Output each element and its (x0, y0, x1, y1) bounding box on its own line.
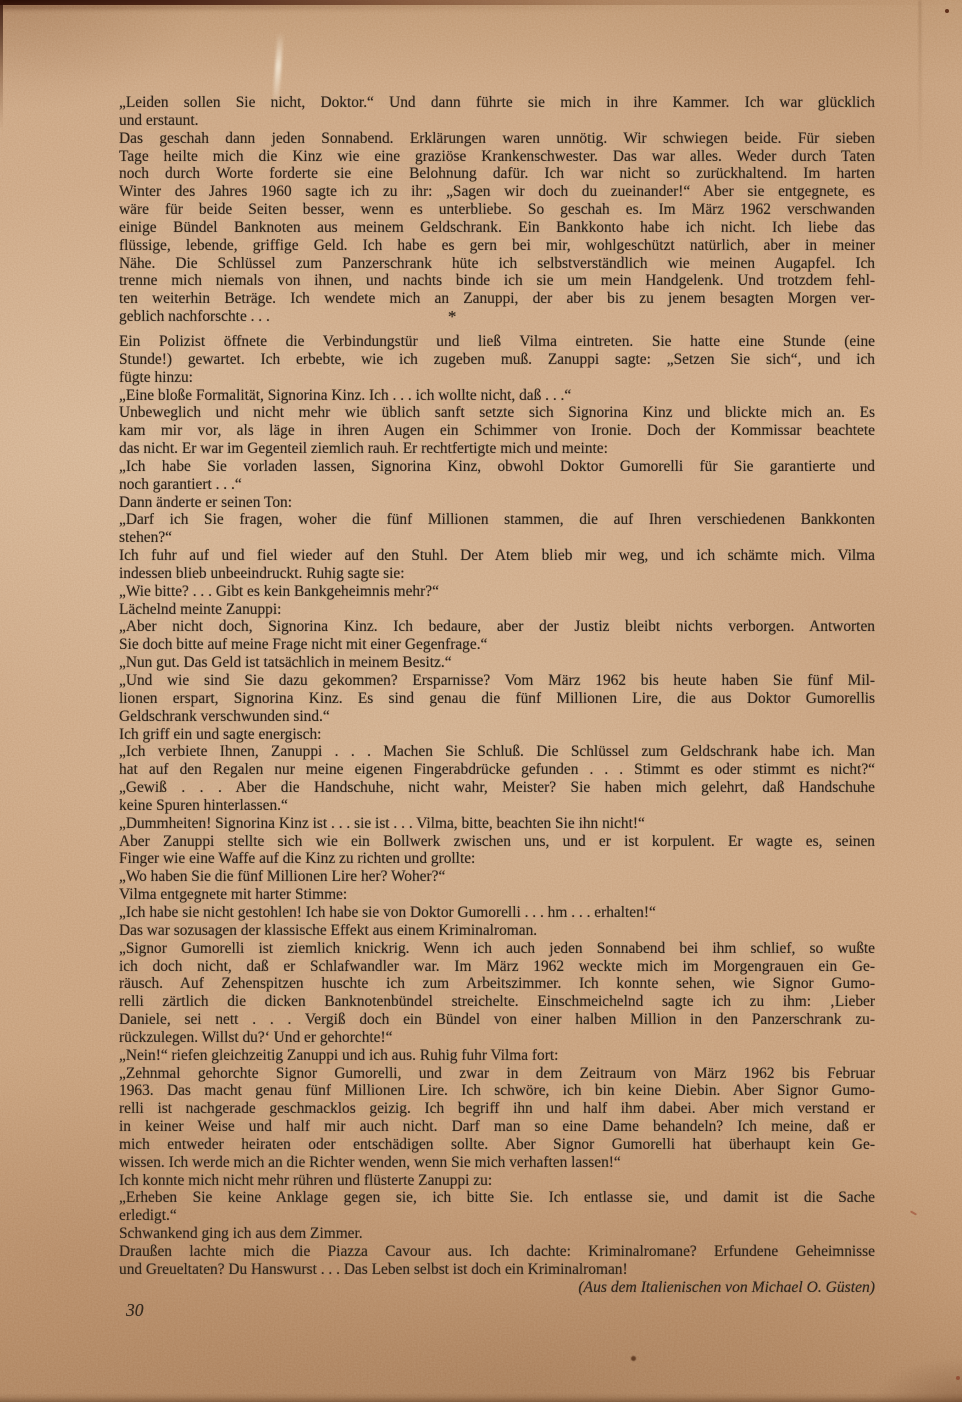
text-line: Das war sozusagen der klassische Effekt … (119, 922, 875, 940)
text-line: „Ich habe sie nicht gestohlen! Ich habe … (119, 904, 875, 922)
text-line: Ich fuhr auf und fiel wieder auf den Stu… (119, 547, 875, 565)
text-line: indessen blieb unbeeindruckt. Ruhig sagt… (119, 565, 875, 583)
text-line: erledigt.“ (119, 1207, 875, 1225)
text-line: Lächelnd meinte Zanuppi: (119, 601, 875, 619)
text-line: Das geschah dann jeden Sonnabend. Erklär… (119, 130, 875, 148)
paper-speck (945, 9, 949, 13)
text-line: „Ich verbiete Ihnen, Zanuppi . . . Mache… (119, 743, 875, 761)
scan-edge-bottom (0, 1393, 962, 1402)
text-line: Finger wie eine Waffe auf die Kinz zu ri… (119, 850, 875, 868)
text-line: relli ist nachgerade geschmacklos geizig… (119, 1100, 875, 1118)
text-line: Nähe. Die Schlüssel zum Panzerschrank hü… (119, 255, 875, 273)
text-line: „Ich habe Sie vorladen lassen, Signorina… (119, 458, 875, 476)
text-line: Daniele, sei nett . . . Vergiß doch ein … (119, 1011, 875, 1029)
text-line: „Aber nicht doch, Signorina Kinz. Ich be… (119, 618, 875, 636)
text-line: „Signor Gumorelli ist ziemlich knickrig.… (119, 940, 875, 958)
text-line: rückzulegen. Willst du?‘ Und er gehorcht… (119, 1029, 875, 1047)
scan-edge-top-shadow (0, 4, 673, 9)
text-line: mich entweder heiraten oder entschädigen… (119, 1136, 875, 1154)
text-line: Aber Zanuppi stellte sich wie ein Bollwe… (119, 833, 875, 851)
text-line: Winter des Jahres 1960 sagte ich zu ihr:… (119, 183, 875, 201)
text-line: geblich nachforschte . . .* (119, 308, 875, 326)
text-line: „Leiden sollen Sie nicht, Doktor.“ Und d… (119, 94, 875, 112)
book-page: „Leiden sollen Sie nicht, Doktor.“ Und d… (0, 0, 962, 1402)
text-line: „Wo haben Sie die fünf Millionen Lire he… (119, 868, 875, 886)
text-line: kam mir vor, als läge in ihren Augen ein… (119, 422, 875, 440)
text-line: in keiner Weise und half mir auch nicht.… (119, 1118, 875, 1136)
text-line: „Dummheiten! Signorina Kinz ist . . . si… (119, 815, 875, 833)
scan-edge-left (0, 0, 3, 130)
paper-speck (631, 1356, 636, 1361)
text-line: Draußen lachte mich die Piazza Cavour au… (119, 1243, 875, 1261)
text-line: „Und wie sind Sie dazu gekommen? Ersparn… (119, 672, 875, 690)
text-line: ten weiterhin Beträge. Ich wendete mich … (119, 290, 875, 308)
scan-corner-shadow (842, 1342, 962, 1402)
text-line: Vilma entgegnete mit harter Stimme: (119, 886, 875, 904)
text-line: flüssige, lebende, griffige Geld. Ich ha… (119, 237, 875, 255)
text-line: Dann änderte er seinen Ton: (119, 494, 875, 512)
paper-crease (919, 0, 921, 180)
page-number: 30 (126, 1300, 144, 1321)
section-separator-asterisk: * (448, 308, 457, 326)
text-line: „Nein!“ riefen gleichzeitig Zanuppi und … (119, 1047, 875, 1065)
text-line: Ein Polizist öffnete die Verbindungstür … (119, 333, 875, 351)
text-line: keine Spuren hinterlassen.“ (119, 797, 875, 815)
text-line: „Erheben Sie keine Anklage gegen sie, ic… (119, 1189, 875, 1207)
text-line: Sie doch bitte auf meine Frage nicht mit… (119, 636, 875, 654)
text-line: „Eine bloße Formalität, Signorina Kinz. … (119, 387, 875, 405)
text-line: 1963. Das macht genau fünf Millionen Lir… (119, 1082, 875, 1100)
text-line: wäre für beide Seiten besser, wenn es un… (119, 201, 875, 219)
text-line: Stunde!) gewartet. Ich erbebte, wie ich … (119, 351, 875, 369)
text-line: hat auf den Regalen nur meine eigenen Fi… (119, 761, 875, 779)
text-line: noch durch Worte forderte sie eine Beloh… (119, 165, 875, 183)
paper-speck (956, 1376, 960, 1380)
text-line: „Nun gut. Das Geld ist tatsächlich in me… (119, 654, 875, 672)
body-text-lines: „Leiden sollen Sie nicht, Doktor.“ Und d… (119, 94, 875, 1279)
text-line: ich doch nicht, daß er Schlafwandler war… (119, 958, 875, 976)
text-line: relli zärtlich die dicken Banknotenbünde… (119, 993, 875, 1011)
text-line: Unbeweglich und nicht mehr wie üblich sa… (119, 404, 875, 422)
text-line: trenne mich niemals von ihnen, und nacht… (119, 272, 875, 290)
text-line: fügte hinzu: (119, 369, 875, 387)
text-line: noch garantiert . . .“ (119, 476, 875, 494)
text-line: Ich konnte mich nicht mehr rühren und fl… (119, 1172, 875, 1190)
text-line: „Wie bitte? . . . Gibt es kein Bankgehei… (119, 583, 875, 601)
text-line: lionen erspart, Signorina Kinz. Es sind … (119, 690, 875, 708)
translator-attribution: (Aus dem Italienischen von Michael O. Gü… (119, 1279, 875, 1297)
text-line: „Gewiß . . . Aber die Handschuhe, nicht … (119, 779, 875, 797)
text-line: einige Bündel Banknoten aus meinem Gelds… (119, 219, 875, 237)
body-text: „Leiden sollen Sie nicht, Doktor.“ Und d… (119, 94, 875, 1297)
text-line: „Darf ich Sie fragen, woher die fünf Mil… (119, 511, 875, 529)
text-line: Ich griff ein und sagte energisch: (119, 726, 875, 744)
text-line: „Zehnmal gehorchte Signor Gumorelli, und… (119, 1065, 875, 1083)
text-line: Tage heilte mich die Kinz wie eine grazi… (119, 148, 875, 166)
paper-speck (910, 1210, 917, 1215)
text-line: Schwankend ging ich aus dem Zimmer. (119, 1225, 875, 1243)
text-line: das nicht. Er war im Gegenteil ziemlich … (119, 440, 875, 458)
text-line: wissen. Ich werde mich an die Richter we… (119, 1154, 875, 1172)
text-line: und Greueltaten? Du Hanswurst . . . Das … (119, 1261, 875, 1279)
text-line: und erstaunt. (119, 112, 875, 130)
text-line: Geldschrank verschwunden sind.“ (119, 708, 875, 726)
text-line: stehen?“ (119, 529, 875, 547)
text-line: räusch. Auf Zehenspitzen huschte ich zum… (119, 975, 875, 993)
